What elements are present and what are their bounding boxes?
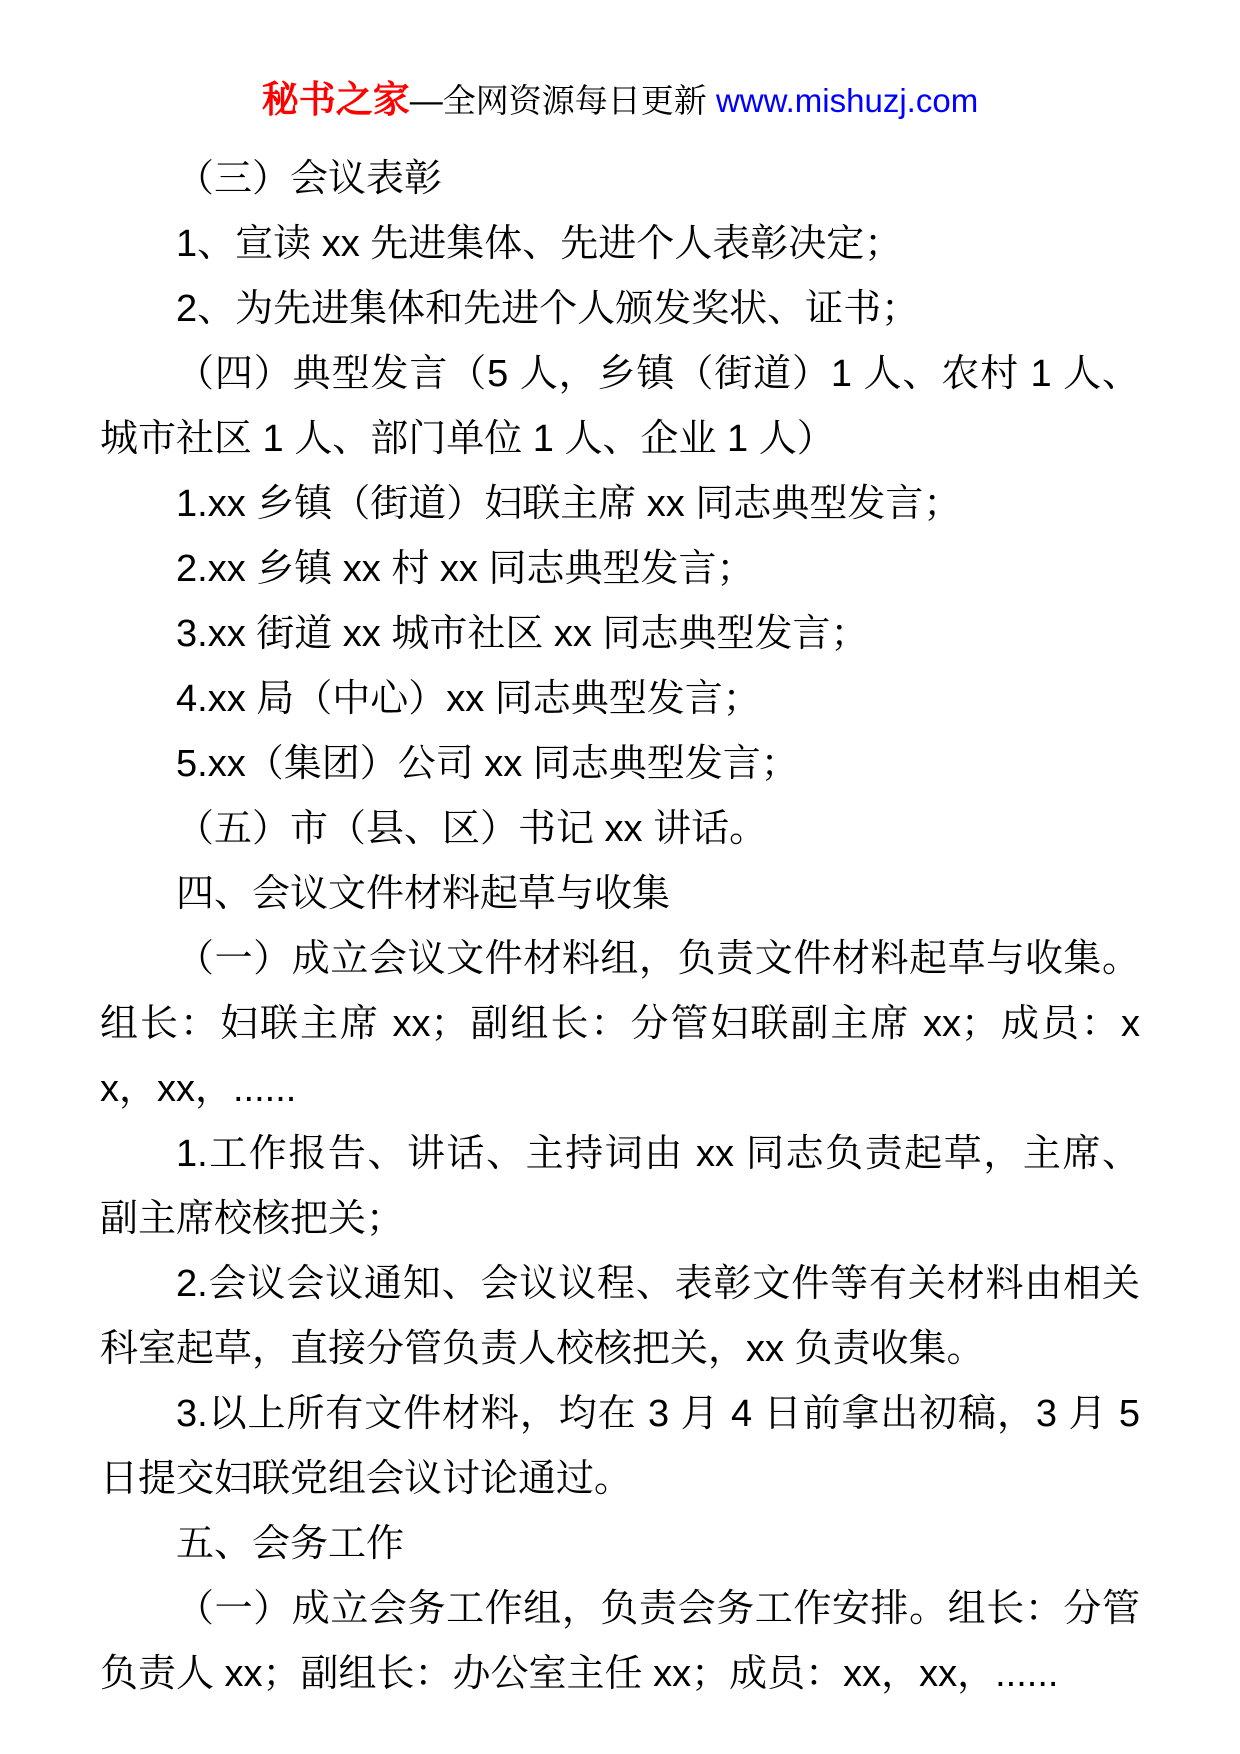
paragraph: 2.会议会议通知、会议议程、表彰文件等有关材料由相关科室起草，直接分管负责人校核… [100,1252,1140,1382]
paragraph: 五、会务工作 [100,1512,1140,1577]
paragraph: 1、宣读 xx 先进集体、先进个人表彰决定； [100,212,1140,277]
paragraph: 1.工作报告、讲话、主持词由 xx 同志负责起草，主席、副主席校核把关； [100,1122,1140,1252]
page-header: 秘书之家—全网资源每日更新 www.mishuzj.com [0,0,1240,121]
paragraph: 3.以上所有文件材料，均在 3 月 4 日前拿出初稿，3 月 5 日提交妇联党组… [100,1382,1140,1512]
paragraph: 4.xx 局（中心）xx 同志典型发言； [100,667,1140,732]
paragraph: 1.xx 乡镇（街道）妇联主席 xx 同志典型发言； [100,472,1140,537]
paragraph: （一）成立会务工作组，负责会务工作安排。组长：分管负责人 xx；副组长：办公室主… [100,1577,1140,1707]
paragraph: （四）典型发言（5 人，乡镇（街道）1 人、农村 1 人、城市社区 1 人、部门… [100,342,1140,472]
paragraph: 3.xx 街道 xx 城市社区 xx 同志典型发言； [100,602,1140,667]
header-tagline: —全网资源每日更新 [410,82,716,119]
paragraph: （一）成立会议文件材料组，负责文件材料起草与收集。组长：妇联主席 xx；副组长：… [100,927,1140,1122]
document-page: 秘书之家—全网资源每日更新 www.mishuzj.com （三）会议表彰1、宣… [0,0,1240,1754]
site-url-link[interactable]: www.mishuzj.com [716,82,978,119]
site-brand: 秘书之家 [262,79,410,120]
paragraph: （五）市（县、区）书记 xx 讲话。 [100,797,1140,862]
document-body: （三）会议表彰1、宣读 xx 先进集体、先进个人表彰决定；2、为先进集体和先进个… [100,147,1140,1707]
paragraph: 2、为先进集体和先进个人颁发奖状、证书； [100,277,1140,342]
paragraph: 5.xx（集团）公司 xx 同志典型发言； [100,732,1140,797]
paragraph: 四、会议文件材料起草与收集 [100,862,1140,927]
paragraph: 2.xx 乡镇 xx 村 xx 同志典型发言； [100,537,1140,602]
paragraph: （三）会议表彰 [100,147,1140,212]
